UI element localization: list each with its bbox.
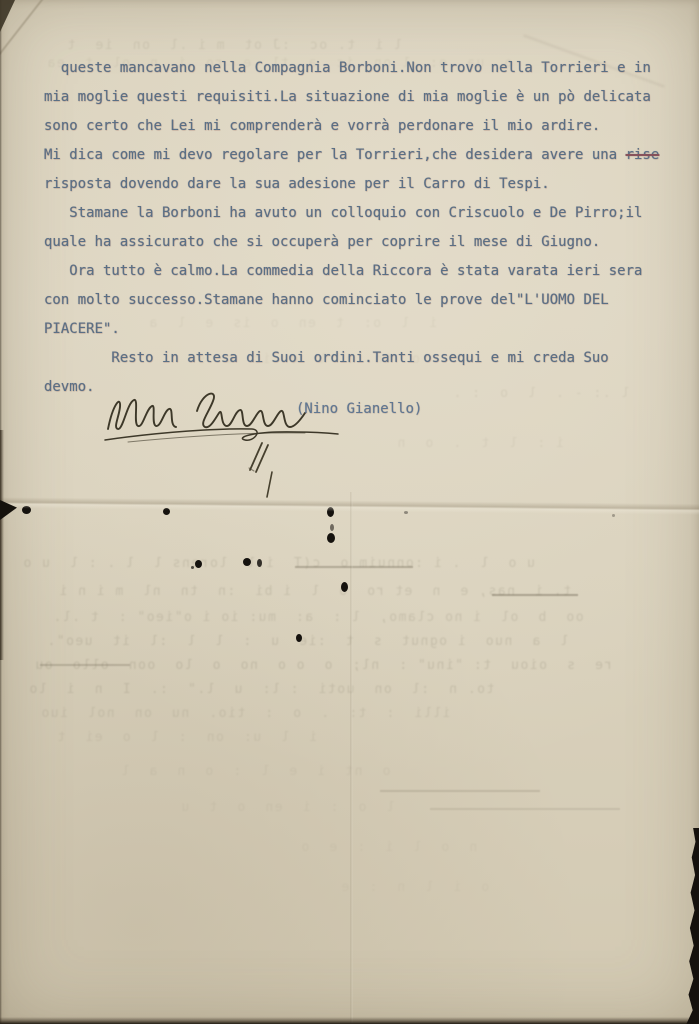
ink-spot [296, 634, 302, 642]
letter-line: sono certo che Lei mi comprenderà e vorr… [44, 112, 685, 141]
letter-line: Stamane la Borboni ha avuto un colloquio… [44, 199, 685, 228]
vertical-fold-crease [350, 492, 353, 1024]
letter-line: PIACERE". [44, 315, 685, 344]
pen-marks [243, 438, 285, 504]
ink-spot [191, 566, 194, 569]
letter-line: mia moglie questi requisiti.La situazion… [44, 83, 685, 112]
bleed-through-text: n o l i : e o [300, 840, 477, 855]
letter-line: Mi dica come mi devo regolare per la Tor… [44, 141, 685, 170]
ink-spot [243, 558, 251, 566]
ink-spot [341, 582, 348, 592]
bleed-through-text: to. n :l on uoti : l: u l." :. I n i lo [28, 682, 494, 697]
letter-line: quale ha assicurato che si occuperà per … [44, 228, 685, 257]
left-scan-edge-dark [0, 430, 4, 660]
letter-body: queste mancavano nella Compagnia Borboni… [44, 54, 685, 402]
typed-signature-name: (Nino Gianello) [296, 401, 422, 417]
bleed-through-text: i l u: on : l o ei t [56, 730, 317, 745]
letter-paper: l i t. oc :J ot m i .l on ie to ua e: l … [0, 0, 699, 1024]
bleed-through-text: re s oiou t: "inu" : nl; o o o no o lo o… [34, 658, 612, 673]
bleed-through-text: illi : t: . o : tio. nu on nol iuo [40, 706, 450, 721]
scanned-letter-screenshot: { "page": { "kind": "scanned typewritten… [0, 0, 699, 1024]
letter-line: con molto successo.Stamane hanno cominci… [44, 286, 685, 315]
ink-spot [257, 559, 262, 567]
bleed-through-text: l a nuo i ognut s t :ie u : l l :l it ue… [46, 634, 568, 649]
bleed-through-text: i : l t . o n [396, 436, 564, 451]
letter-line: Ora tutto è calmo.La commedia della Ricc… [44, 257, 685, 286]
bleed-through-text: o i l n : e [340, 880, 489, 895]
letter-line: Resto in attesa di Suoi ordini.Tanti oss… [44, 344, 685, 373]
bleed-through-underline [430, 808, 620, 810]
bleed-through-underline [380, 790, 540, 792]
bleed-through-underline [295, 566, 413, 568]
letter-line: risposta dovendo dare la sua adesione pe… [44, 170, 685, 199]
struck-word: rise [626, 147, 660, 163]
ink-spot [327, 533, 335, 543]
ink-spot [330, 524, 334, 531]
top-left-corner-shadow [0, 0, 15, 32]
bleed-through-text: oo b ol i no clamo, l : a: mu: io i o"ie… [52, 610, 584, 625]
ink-spot [195, 560, 202, 568]
torn-right-edge [685, 828, 699, 1024]
bottom-scan-edge [0, 1017, 699, 1024]
bleed-through-underline [492, 594, 578, 596]
bleed-through-text: t. i nas, e n et ro o l i bi :n tn nl m … [58, 584, 571, 599]
bleed-through-text: l i t. oc :J ot m i .l on ie t [66, 38, 402, 53]
bleed-through-text: u o l . i :onnuim o c(T i.l lorens l l .… [22, 556, 535, 571]
bleed-through-text: l o : i en o t u [180, 800, 395, 815]
bleed-through-underline [40, 664, 130, 666]
